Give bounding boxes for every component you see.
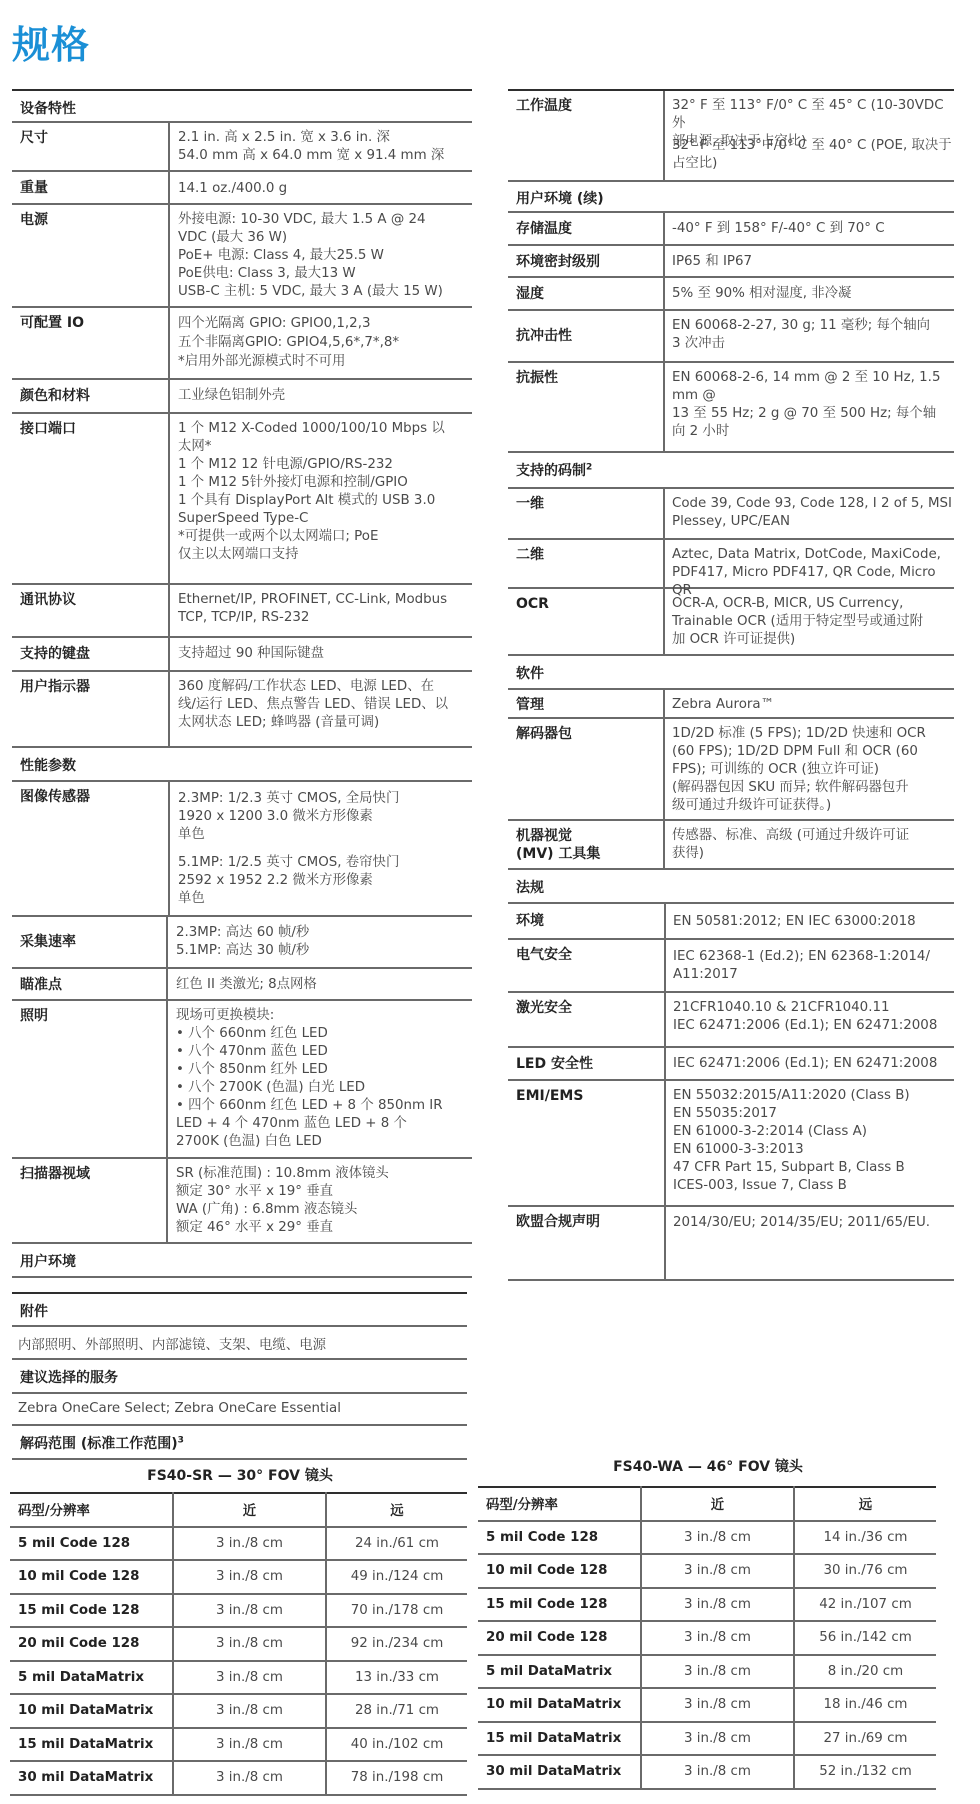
spec-label: 二维: [516, 546, 544, 564]
near-cell: 3 in./8 cm: [641, 1554, 794, 1588]
spec-value: 四个光隔离 GPIO: GPIO0,1,2,3 五个非隔离GPIO: GPIO4…: [178, 314, 399, 371]
spec-label: 环境密封级别: [516, 253, 600, 271]
services-text: Zebra OneCare Select; Zebra OneCare Esse…: [12, 1394, 467, 1416]
spec-row-environment: 环境 EN 50581:2012; EN IEC 63000:2018: [508, 904, 954, 940]
spec-row-vibration: 抗振性 EN 60068-2-6, 14 mm @ 2 至 10 Hz, 1.5…: [508, 363, 954, 453]
code-cell: 30 mil DataMatrix: [478, 1755, 641, 1789]
spec-value: EN 60068-2-6, 14 mm @ 2 至 10 Hz, 1.5 mm …: [672, 369, 940, 441]
spec-label: 一维: [516, 495, 544, 513]
code-cell: 15 mil DataMatrix: [10, 1728, 173, 1762]
far-cell: 78 in./198 cm: [326, 1761, 467, 1795]
section-title: 软件: [508, 656, 954, 683]
code-cell: 5 mil DataMatrix: [478, 1655, 641, 1689]
table-row: 5 mil DataMatrix3 in./8 cm13 in./33 cm: [10, 1661, 467, 1695]
spec-row-humidity: 湿度 5% 至 90% 相对湿度, 非冷凝: [508, 278, 954, 311]
spec-label: 工作温度: [516, 97, 572, 115]
col-header-far: 远: [794, 1487, 936, 1521]
sr-table-title: FS40-SR — 30° FOV 镜头: [10, 1465, 470, 1485]
spec-label: 扫描器视域: [20, 1165, 90, 1183]
spec-label: 重量: [20, 179, 48, 197]
code-cell: 20 mil Code 128: [10, 1627, 173, 1661]
column-divider: [663, 540, 665, 587]
spec-row-dimensions: 尺寸 2.1 in. 高 x 2.5 in. 宽 x 3.6 in. 深 54.…: [12, 123, 472, 172]
section-title: 设备特性: [12, 91, 472, 118]
spec-label: EMI/EMS: [516, 1087, 583, 1105]
far-cell: 70 in./178 cm: [326, 1594, 467, 1628]
column-divider: [168, 172, 170, 203]
spec-row-protocols: 通讯协议 Ethernet/IP, PROFINET, CC-Link, Mod…: [12, 585, 472, 638]
spec-value: 红色 II 类激光; 8点网格: [176, 976, 317, 994]
spec-label: 可配置 IO: [20, 314, 84, 332]
spec-value: 支持超过 90 种国际键盘: [178, 645, 324, 663]
far-cell: 56 in./142 cm: [794, 1621, 936, 1655]
table-header-row: 码型/分辨率 近 远: [478, 1487, 936, 1521]
spec-row-laser-safety: 激光安全 21CFR1040.10 & 21CFR1040.11 IEC 624…: [508, 993, 954, 1048]
spec-value: 360 度解码/工作状态 LED、电源 LED、在 线/运行 LED、焦点警告 …: [178, 678, 448, 732]
spec-row-weight: 重量 14.1 oz./400.0 g: [12, 172, 472, 205]
near-cell: 3 in./8 cm: [641, 1521, 794, 1555]
far-cell: 92 in./234 cm: [326, 1627, 467, 1661]
section-title: 支持的码制2: [508, 453, 954, 480]
code-cell: 15 mil DataMatrix: [478, 1722, 641, 1756]
near-cell: 3 in./8 cm: [173, 1728, 326, 1762]
table-row: 20 mil Code 1283 in./8 cm56 in./142 cm: [478, 1621, 936, 1655]
section-title: 法规: [508, 870, 954, 897]
near-cell: 3 in./8 cm: [641, 1688, 794, 1722]
section-software: 软件: [508, 656, 954, 690]
spec-value: Zebra Aurora™: [672, 696, 774, 714]
table-row: 5 mil Code 1283 in./8 cm14 in./36 cm: [478, 1521, 936, 1555]
near-cell: 3 in./8 cm: [173, 1560, 326, 1594]
column-divider: [168, 585, 170, 636]
code-cell: 30 mil DataMatrix: [10, 1761, 173, 1795]
far-cell: 49 in./124 cm: [326, 1560, 467, 1594]
section-title: 性能参数: [12, 748, 472, 775]
spec-label: 抗振性: [516, 369, 558, 387]
column-divider: [168, 205, 170, 306]
column-divider: [166, 969, 168, 999]
near-cell: 3 in./8 cm: [173, 1627, 326, 1661]
section-title: 用户环境: [12, 1244, 472, 1271]
column-divider: [168, 308, 170, 378]
column-divider: [664, 1081, 666, 1205]
code-cell: 5 mil Code 128: [10, 1527, 173, 1561]
far-cell: 27 in./69 cm: [794, 1722, 936, 1756]
near-cell: 3 in./8 cm: [173, 1661, 326, 1695]
section-title: 附件: [12, 1294, 467, 1321]
far-cell: 52 in./132 cm: [794, 1755, 936, 1789]
spec-value: Code 39, Code 93, Code 128, I 2 of 5, MS…: [672, 495, 952, 531]
spec-label: 颜色和材料: [20, 387, 90, 405]
spec-label: LED 安全性: [516, 1055, 593, 1073]
spec-label: 解码器包: [516, 725, 572, 743]
near-cell: 3 in./8 cm: [173, 1594, 326, 1628]
section-services: 建议选择的服务: [12, 1360, 467, 1394]
spec-value: Ethernet/IP, PROFINET, CC-Link, Modbus T…: [178, 591, 447, 627]
near-cell: 3 in./8 cm: [641, 1722, 794, 1756]
code-cell: 5 mil Code 128: [478, 1521, 641, 1555]
spec-row-2d: 二维 Aztec, Data Matrix, DotCode, MaxiCode…: [508, 540, 954, 589]
spec-row-image-sensor: 图像传感器 2.3MP: 1/2.3 英寸 CMOS, 全局快门 1920 x …: [12, 782, 472, 917]
spec-label: 通讯协议: [20, 591, 76, 609]
spec-row-mv-toolset: 机器视觉 (MV) 工具集 传感器、标准、高级 (可通过升级许可证 获得): [508, 821, 954, 870]
spec-value: 21CFR1040.10 & 21CFR1040.11 IEC 62471:20…: [673, 999, 937, 1035]
wa-table-title: FS40-WA — 46° FOV 镜头: [478, 1456, 938, 1476]
spec-row-ocr: OCR OCR-A, OCR-B, MICR, US Currency, Tra…: [508, 589, 954, 656]
spec-label: 抗冲击性: [516, 327, 572, 345]
spec-row-keyboards: 支持的键盘 支持超过 90 种国际键盘: [12, 638, 472, 672]
spec-value: 14.1 oz./400.0 g: [178, 180, 287, 198]
far-cell: 30 in./76 cm: [794, 1554, 936, 1588]
spec-label: 电气安全: [516, 946, 572, 964]
column-divider: [166, 1001, 168, 1157]
column-divider: [166, 917, 168, 967]
near-cell: 3 in./8 cm: [173, 1527, 326, 1561]
far-cell: 24 in./61 cm: [326, 1527, 467, 1561]
spec-value: 5% 至 90% 相对湿度, 非冷凝: [672, 285, 851, 303]
spec-value: IEC 62368-1 (Ed.2); EN 62368-1:2014/ A11…: [673, 948, 930, 984]
services-text-row: Zebra OneCare Select; Zebra OneCare Esse…: [12, 1394, 467, 1426]
table-row: 30 mil DataMatrix3 in./8 cm78 in./198 cm: [10, 1761, 467, 1795]
near-cell: 3 in./8 cm: [641, 1588, 794, 1622]
table-row: 30 mil DataMatrix3 in./8 cm52 in./132 cm: [478, 1755, 936, 1789]
spec-label: 用户指示器: [20, 678, 90, 696]
section-performance: 性能参数: [12, 748, 472, 782]
spec-value: 传感器、标准、高级 (可通过升级许可证 获得): [672, 827, 909, 863]
code-cell: 10 mil Code 128: [10, 1560, 173, 1594]
far-cell: 28 in./71 cm: [326, 1694, 467, 1728]
table-header-row: 码型/分辨率 近 远: [10, 1493, 467, 1527]
column-divider: [663, 489, 665, 538]
table-row: 5 mil DataMatrix3 in./8 cm8 in./20 cm: [478, 1655, 936, 1689]
near-cell: 3 in./8 cm: [173, 1761, 326, 1795]
spec-row-illumination: 照明 现场可更换模块: • 八个 660nm 红色 LED • 八个 470nm…: [12, 1001, 472, 1159]
column-divider: [663, 213, 665, 244]
spec-label: 瞄准点: [20, 976, 62, 994]
section-title: 建议选择的服务: [12, 1360, 467, 1387]
spec-value: 2.3MP: 高达 60 帧/秒 5.1MP: 高达 30 帧/秒: [176, 924, 309, 960]
column-divider: [168, 782, 170, 915]
far-cell: 8 in./20 cm: [794, 1655, 936, 1689]
spec-value: 现场可更换模块: • 八个 660nm 红色 LED • 八个 470nm 蓝色…: [176, 1007, 443, 1151]
spec-value: IEC 62471:2006 (Ed.1); EN 62471:2008: [673, 1055, 937, 1073]
spec-label: OCR: [516, 595, 549, 613]
spec-row-aimer: 瞄准点 红色 II 类激光; 8点网格: [12, 969, 472, 1001]
spec-row-sealing: 环境密封级别 IP65 和 IP67: [508, 246, 954, 278]
col-header-code: 码型/分辨率: [478, 1487, 641, 1521]
spec-label: 尺寸: [20, 129, 48, 147]
spec-row-scanner-fov: 扫描器视域 SR (标准范围) : 10.8mm 液体镜头 额定 30° 水平 …: [12, 1159, 472, 1244]
spec-value-secondary: 5.1MP: 1/2.5 英寸 CMOS, 卷帘快门 2592 x 1952 2…: [178, 854, 399, 908]
code-cell: 20 mil Code 128: [478, 1621, 641, 1655]
table-row: 10 mil DataMatrix3 in./8 cm18 in./46 cm: [478, 1688, 936, 1722]
code-cell: 15 mil Code 128: [478, 1588, 641, 1622]
column-divider: [168, 672, 170, 746]
accessories-text: 内部照明、外部照明、内部滤镜、支架、电缆、电源: [12, 1327, 467, 1353]
spec-label: 管理: [516, 696, 544, 714]
near-cell: 3 in./8 cm: [173, 1694, 326, 1728]
near-cell: 3 in./8 cm: [641, 1621, 794, 1655]
spec-label: 欧盟合规声明: [516, 1213, 600, 1231]
spec-row-decoder-packs: 解码器包 1D/2D 标准 (5 FPS); 1D/2D 快速和 OCR (60…: [508, 719, 954, 821]
spec-label: 环境: [516, 912, 544, 930]
column-divider: [664, 1048, 666, 1079]
spec-value: 工业绿色铝制外壳: [178, 387, 285, 405]
spec-label: 电源: [20, 211, 48, 229]
section-title: 解码范围 (标准工作范围)3: [12, 1426, 467, 1453]
code-cell: 5 mil DataMatrix: [10, 1661, 173, 1695]
spec-row-1d: 一维 Code 39, Code 93, Code 128, I 2 of 5,…: [508, 489, 954, 540]
spec-row-eu-declaration: 欧盟合规声明 2014/30/EU; 2014/35/EU; 2011/65/E…: [508, 1207, 954, 1281]
section-symbologies: 支持的码制2: [508, 453, 954, 489]
column-divider: [664, 940, 666, 991]
spec-row-power: 电源 外接电源: 10-30 VDC, 最大 1.5 A @ 24 VDC (最…: [12, 205, 472, 308]
column-divider: [663, 821, 665, 868]
column-divider: [168, 638, 170, 670]
spec-value: 1 个 M12 X-Coded 1000/100/10 Mbps 以 太网* 1…: [178, 420, 445, 564]
section-user-environment: 用户环境: [12, 1244, 472, 1278]
spec-row-operating-temp: 工作温度 32° F 至 113° F/0° C 至 45° C (10-30V…: [508, 89, 954, 182]
footnote-marker: 2: [586, 462, 592, 472]
column-divider: [663, 589, 665, 654]
decode-range-title: 解码范围 (标准工作范围): [20, 1436, 178, 1452]
spec-label: 图像传感器: [20, 788, 90, 806]
section-title: 用户环境 (续): [508, 182, 954, 208]
column-divider: [168, 123, 170, 170]
table-row: 15 mil DataMatrix3 in./8 cm27 in./69 cm: [478, 1722, 936, 1756]
spec-value-secondary: 32° F 至 113° F/0° C 至 40° C (POE, 取决于 占空…: [672, 137, 952, 173]
col-header-far: 远: [326, 1493, 467, 1527]
sr-range-table: 码型/分辨率 近 远 5 mil Code 1283 in./8 cm24 in…: [10, 1492, 467, 1796]
col-header-near: 近: [641, 1487, 794, 1521]
code-cell: 15 mil Code 128: [10, 1594, 173, 1628]
code-cell: 10 mil DataMatrix: [10, 1694, 173, 1728]
near-cell: 3 in./8 cm: [641, 1755, 794, 1789]
column-divider: [664, 904, 666, 938]
spec-row-color-material: 颜色和材料 工业绿色铝制外壳: [12, 380, 472, 414]
spec-label: 激光安全: [516, 999, 572, 1017]
table-row: 10 mil DataMatrix3 in./8 cm28 in./71 cm: [10, 1694, 467, 1728]
spec-row-emi-ems: EMI/EMS EN 55032:2015/A11:2020 (Class B)…: [508, 1081, 954, 1207]
spec-value: IP65 和 IP67: [672, 253, 752, 271]
table-row: 5 mil Code 1283 in./8 cm24 in./61 cm: [10, 1527, 467, 1561]
column-divider: [663, 363, 665, 451]
spec-row-management: 管理 Zebra Aurora™: [508, 690, 954, 719]
far-cell: 18 in./46 cm: [794, 1688, 936, 1722]
column-divider: [663, 91, 665, 180]
code-cell: 10 mil Code 128: [478, 1554, 641, 1588]
table-row: 15 mil Code 1283 in./8 cm70 in./178 cm: [10, 1594, 467, 1628]
table-row: 20 mil Code 1283 in./8 cm92 in./234 cm: [10, 1627, 467, 1661]
spec-value: 外接电源: 10-30 VDC, 最大 1.5 A @ 24 VDC (最大 3…: [178, 211, 443, 301]
wa-range-table: 码型/分辨率 近 远 5 mil Code 1283 in./8 cm14 in…: [478, 1486, 936, 1790]
column-divider: [168, 380, 170, 412]
spec-row-storage-temp: 存储温度 -40° F 到 158° F/-40° C 到 70° C: [508, 213, 954, 246]
section-regulatory: 法规: [508, 870, 954, 904]
spec-label: 接口端口: [20, 420, 76, 438]
spec-value: -40° F 到 158° F/-40° C 到 70° C: [672, 220, 885, 238]
column-divider: [664, 1207, 666, 1279]
column-divider: [168, 414, 170, 583]
far-cell: 40 in./102 cm: [326, 1728, 467, 1762]
spec-label: 湿度: [516, 285, 544, 303]
spec-value: SR (标准范围) : 10.8mm 液体镜头 额定 30° 水平 x 19° …: [176, 1165, 389, 1237]
far-cell: 42 in./107 cm: [794, 1588, 936, 1622]
column-divider: [663, 278, 665, 309]
spec-row-interface-ports: 接口端口 1 个 M12 X-Coded 1000/100/10 Mbps 以 …: [12, 414, 472, 585]
spec-label: 机器视觉 (MV) 工具集: [516, 827, 600, 863]
footnote-marker: 3: [178, 1435, 184, 1445]
spec-row-configurable-io: 可配置 IO 四个光隔离 GPIO: GPIO0,1,2,3 五个非隔离GPIO…: [12, 308, 472, 380]
spec-row-shock: 抗冲击性 EN 60068-2-27, 30 g; 11 毫秒; 每个轴向 3 …: [508, 311, 954, 363]
spec-value: 2014/30/EU; 2014/35/EU; 2011/65/EU.: [673, 1214, 930, 1232]
column-divider: [663, 246, 665, 276]
spec-label: 存储温度: [516, 220, 572, 238]
column-divider: [663, 719, 665, 819]
table-row: 15 mil Code 1283 in./8 cm42 in./107 cm: [478, 1588, 936, 1622]
spec-row-user-indicators: 用户指示器 360 度解码/工作状态 LED、电源 LED、在 线/运行 LED…: [12, 672, 472, 748]
spec-value: EN 60068-2-27, 30 g; 11 毫秒; 每个轴向 3 次冲击: [672, 317, 930, 353]
spec-value: 2.3MP: 1/2.3 英寸 CMOS, 全局快门 1920 x 1200 3…: [178, 790, 399, 844]
col-header-code: 码型/分辨率: [10, 1493, 173, 1527]
column-divider: [664, 993, 666, 1046]
right-spec-column: 工作温度 32° F 至 113° F/0° C 至 45° C (10-30V…: [508, 0, 954, 1300]
spec-value: 2.1 in. 高 x 2.5 in. 宽 x 3.6 in. 深 54.0 m…: [178, 129, 444, 165]
section-accessories: 附件: [12, 1292, 467, 1327]
spec-value: EN 50581:2012; EN IEC 63000:2018: [673, 913, 916, 931]
table-row: 10 mil Code 1283 in./8 cm30 in./76 cm: [478, 1554, 936, 1588]
spec-row-capture-rate: 采集速率 2.3MP: 高达 60 帧/秒 5.1MP: 高达 30 帧/秒: [12, 917, 472, 969]
table-row: 10 mil Code 1283 in./8 cm49 in./124 cm: [10, 1560, 467, 1594]
section-decode-range: 解码范围 (标准工作范围)3: [12, 1426, 467, 1460]
section-user-env-cont: 用户环境 (续): [508, 182, 954, 213]
spec-row-led-safety: LED 安全性 IEC 62471:2006 (Ed.1); EN 62471:…: [508, 1048, 954, 1081]
symbologies-title: 支持的码制: [516, 463, 586, 479]
spec-value: OCR-A, OCR-B, MICR, US Currency, Trainab…: [672, 595, 923, 649]
far-cell: 14 in./36 cm: [794, 1521, 936, 1555]
near-cell: 3 in./8 cm: [641, 1655, 794, 1689]
spec-value: EN 55032:2015/A11:2020 (Class B) EN 5503…: [673, 1087, 910, 1195]
section-device: 设备特性: [12, 89, 472, 123]
column-divider: [663, 690, 665, 717]
spec-row-electrical-safety: 电气安全 IEC 62368-1 (Ed.2); EN 62368-1:2014…: [508, 940, 954, 993]
table-row: 15 mil DataMatrix3 in./8 cm40 in./102 cm: [10, 1728, 467, 1762]
accessories-text-row: 内部照明、外部照明、内部滤镜、支架、电缆、电源: [12, 1327, 467, 1360]
far-cell: 13 in./33 cm: [326, 1661, 467, 1695]
column-divider: [166, 1159, 168, 1242]
spec-label: 照明: [20, 1007, 48, 1025]
spec-value: 1D/2D 标准 (5 FPS); 1D/2D 快速和 OCR (60 FPS)…: [672, 725, 926, 815]
spec-label: 采集速率: [20, 933, 76, 951]
col-header-near: 近: [173, 1493, 326, 1527]
spec-label: 支持的键盘: [20, 645, 90, 663]
code-cell: 10 mil DataMatrix: [478, 1688, 641, 1722]
column-divider: [663, 311, 665, 361]
